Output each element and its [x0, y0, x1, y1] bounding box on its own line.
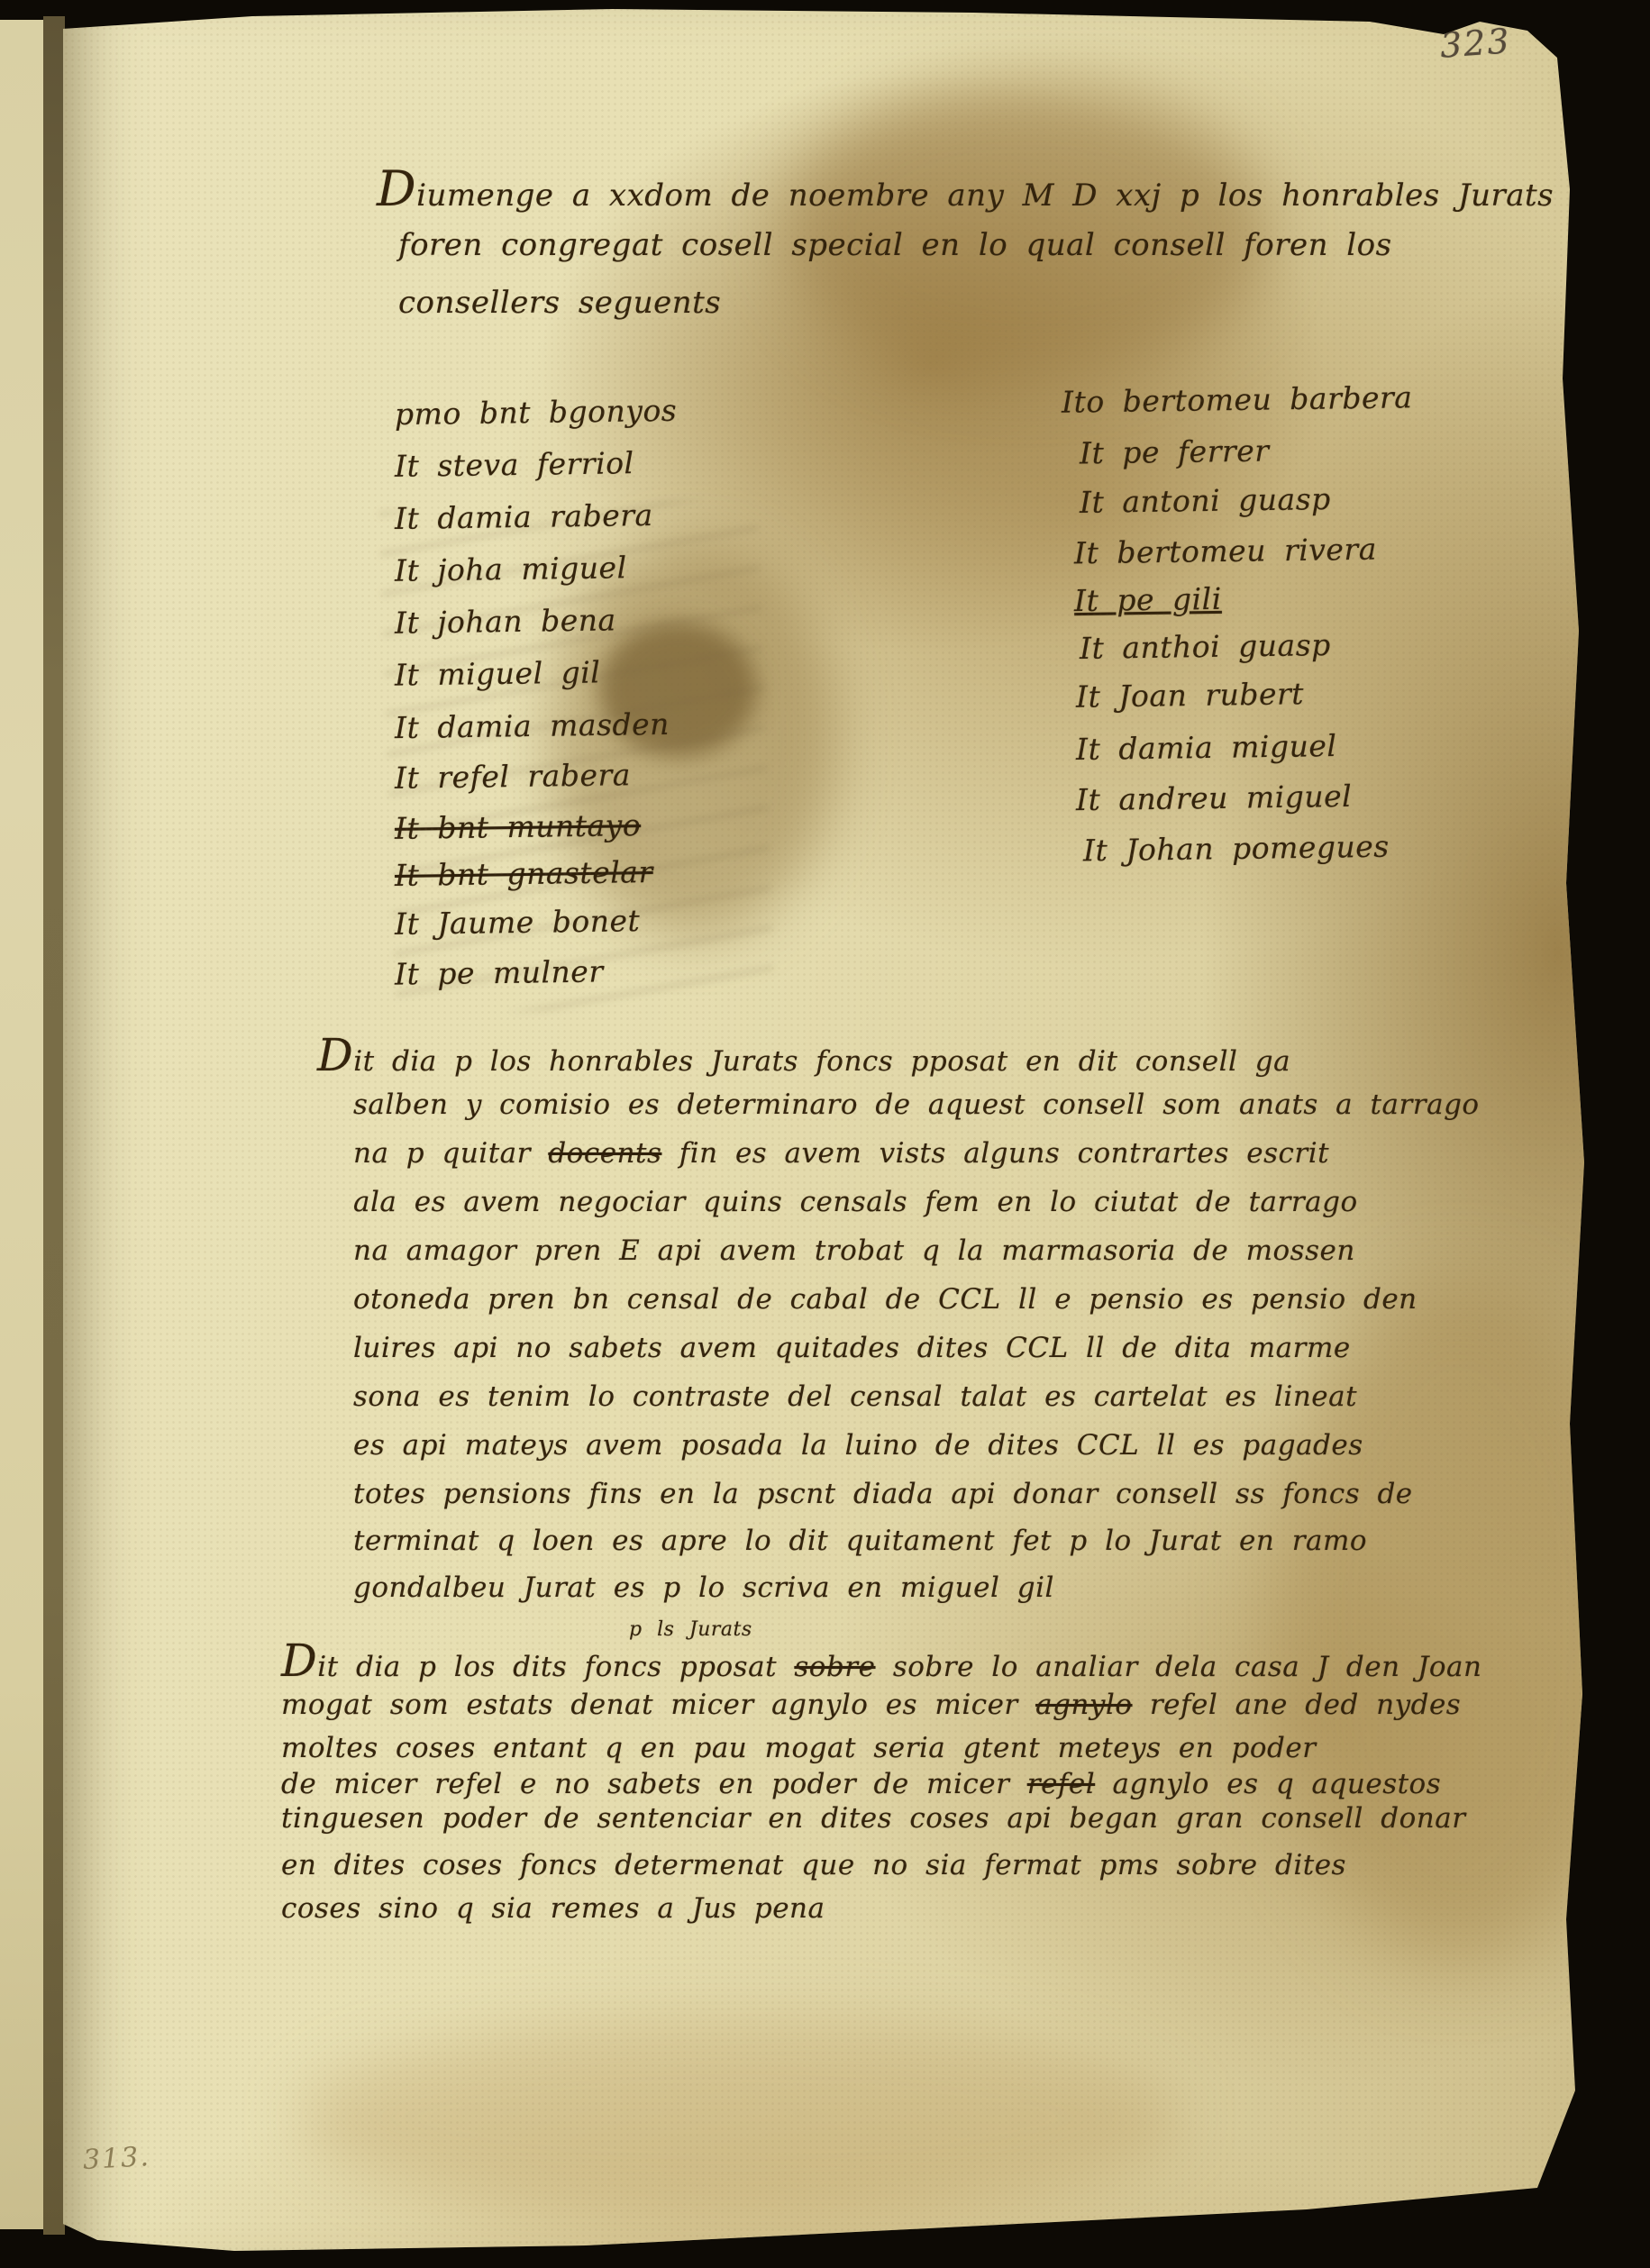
councillor-item: It damia miguel	[1076, 728, 1337, 767]
councillor-item: Ito bertomeu barbera	[1062, 379, 1413, 419]
councillor-item: It antoni guasp	[1080, 481, 1331, 520]
text-segment: agnylo es q aquestos	[1095, 1768, 1441, 1800]
paragraph2-line: de micer refel e no sabets en poder de m…	[281, 1768, 1441, 1800]
pencil-foliation-number: 313.	[82, 2141, 151, 2176]
manuscript-page: 323 Diumenge a xxdom de noembre any M D …	[63, 0, 1588, 2268]
paragraph2-line: en dites coses foncs determenat que no s…	[281, 1849, 1346, 1881]
councillor-item: It miguel gil	[395, 654, 601, 692]
paragraph1-line: Dit dia p los honrables Jurats foncs ppo…	[317, 1038, 1290, 1078]
facing-page-edge	[0, 20, 43, 2229]
photo-background: { "document": { "folio_number": "323", "…	[0, 0, 1650, 2268]
paragraph1-line: es api mateys avem posada la luino de di…	[353, 1429, 1363, 1462]
councillor-item: It pe ferrer	[1080, 433, 1270, 471]
paragraph2-line: moltes coses entant q en pau mogat seria…	[281, 1732, 1317, 1764]
paragraph1-line: otoneda pren bn censal de cabal de CCL l…	[353, 1283, 1418, 1316]
councillor-item: It johan bena	[395, 602, 616, 640]
councillor-item-underlined: It pe gili	[1074, 581, 1222, 618]
councillor-item: It damia rabera	[395, 497, 653, 536]
councillor-item-struck: It bnt gnastelar	[395, 854, 653, 893]
councillor-item: It pe mulner	[395, 953, 604, 991]
paragraph1-line: terminat q loen es apre lo dit quitament…	[353, 1525, 1367, 1557]
paragraph1-line: luires api no sabets avem quitades dites…	[353, 1332, 1351, 1364]
paragraph1-line: totes pensions fins en la pscnt diada ap…	[353, 1478, 1413, 1510]
paragraph1-line: gondalbeu Jurat es p lo scriva en miguel…	[353, 1571, 1054, 1604]
paragraph1-line: salben y comisio es determinaro de aques…	[353, 1088, 1480, 1121]
councillor-item: It Johan pomegues	[1083, 829, 1390, 869]
text-segment: na p quitar	[353, 1137, 548, 1170]
heading-line: Diumenge a xxdom de noembre any M D xxj …	[377, 169, 1554, 214]
councillor-item: pmo bnt bgonyos	[395, 393, 678, 432]
paragraph2-line: Dit dia p los dits foncs pposat sobre so…	[281, 1644, 1481, 1683]
paragraph1-line: na amagor pren E api avem trobat q la ma…	[353, 1234, 1355, 1267]
councillor-item: It steva ferriol	[395, 445, 634, 484]
heading-line: foren congregat cosell special en lo qua…	[398, 227, 1392, 263]
text-segment: de micer refel e no sabets en poder de m…	[281, 1768, 1027, 1800]
struck-word: sobre	[794, 1651, 875, 1683]
paragraph2-line: tinguesen poder de sentenciar en dites c…	[281, 1802, 1466, 1835]
text-segment: refel ane ded nydes	[1133, 1689, 1462, 1721]
paragraph2-line: coses sino q sia remes a Jus pena	[281, 1892, 825, 1925]
paragraph2-line: mogat som estats denat micer agnylo es m…	[281, 1689, 1461, 1721]
councillor-item: It Joan rubert	[1076, 676, 1305, 715]
struck-word: agnylo	[1035, 1689, 1132, 1721]
councillor-item: It damia masden	[395, 706, 670, 745]
paragraph1-line: sona es tenim lo contraste del censal ta…	[353, 1380, 1357, 1413]
interlinear-note: p ls Jurats	[629, 1618, 752, 1641]
councillor-item-struck: It bnt muntayo	[395, 807, 642, 846]
councillor-item: It anthoi guasp	[1080, 627, 1331, 666]
folio-number: 323	[1439, 21, 1512, 65]
heading-line: consellers seguents	[398, 285, 721, 321]
paragraph1-line: ala es avem negociar quins censals fem e…	[353, 1186, 1358, 1218]
book-gutter-shadow	[43, 16, 65, 2235]
text-segment: fin es avem vists alguns contrartes escr…	[661, 1137, 1329, 1170]
councillor-item: It andreu miguel	[1076, 779, 1353, 817]
bottom-stain	[297, 2018, 1181, 2217]
text-segment: mogat som estats denat micer agnylo es m…	[281, 1689, 1035, 1721]
councillor-item: It Jaume bonet	[395, 903, 641, 942]
text-segment: Dit dia p los dits foncs pposat	[281, 1651, 794, 1683]
struck-word: docents	[548, 1137, 661, 1170]
struck-word: refel	[1027, 1768, 1095, 1800]
paragraph1-line: na p quitar docents fin es avem vists al…	[353, 1137, 1329, 1170]
text-segment: sobre lo analiar dela casa J den Joan	[875, 1651, 1481, 1683]
councillor-item: It refel rabera	[395, 757, 631, 796]
councillor-item: It bertomeu rivera	[1074, 532, 1377, 571]
councillor-item: It joha miguel	[395, 550, 627, 588]
